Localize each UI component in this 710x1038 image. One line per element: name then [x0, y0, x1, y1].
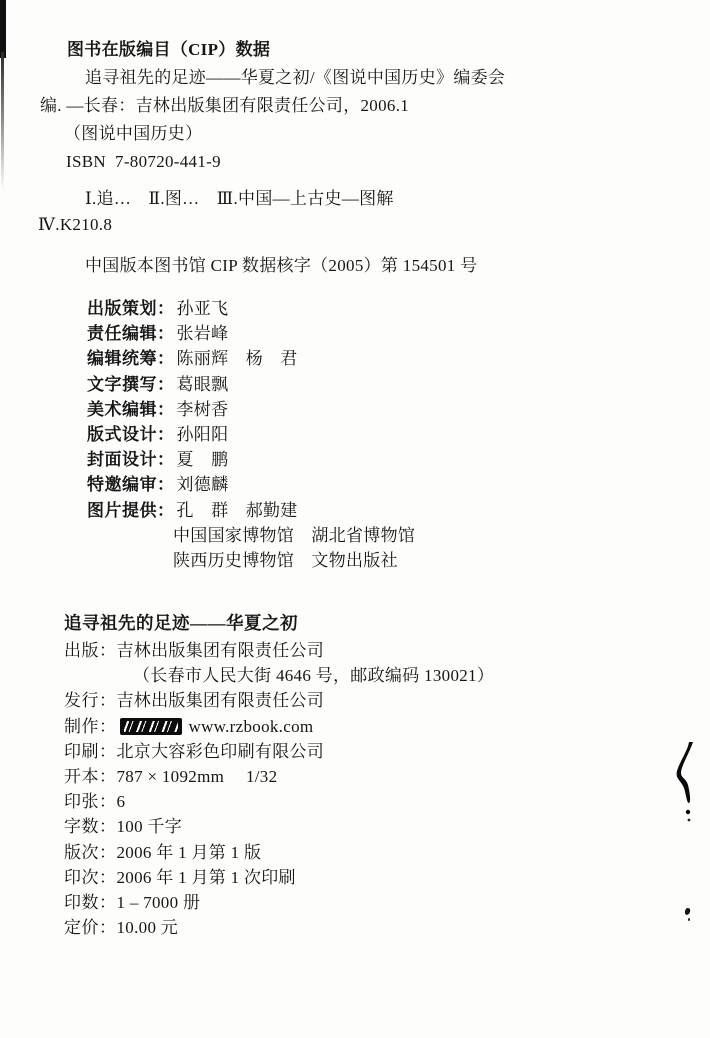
scan-edge-line-artifact — [1, 52, 4, 190]
credit-label: 特邀编审： — [87, 475, 175, 494]
colophon-value: 6 — [117, 792, 126, 811]
colophon-value: 10.00 元 — [117, 918, 179, 937]
isbn-line: ISBN 7-80720-441-9 — [38, 148, 658, 176]
credit-label: 责任编辑： — [87, 324, 175, 343]
credit-extra-line: 陕西历史博物馆 文物出版社 — [87, 548, 647, 573]
colophon-row-production: 制作：www.rzbook.com — [64, 714, 664, 739]
credit-label: 美术编辑： — [87, 400, 175, 419]
colophon-block: 追寻祖先的足迹——华夏之初 出版：吉林出版集团有限责任公司 （长春市人民大街 4… — [64, 610, 664, 940]
cip-title-line: 追寻祖先的足迹——华夏之初/《图说中国历史》编委会 — [38, 64, 658, 92]
colophon-row-price: 定价：10.00 元 — [64, 915, 664, 940]
credit-row-editorial-coordinator: 编辑统筹：陈丽辉 杨 君 — [87, 346, 647, 371]
credit-value: 孙亚飞 — [177, 299, 229, 318]
colophon-label: 定价： — [64, 918, 117, 937]
cip-registry-line: 中国版本图书馆 CIP 数据核字（2005）第 154501 号 — [38, 252, 658, 280]
colophon-row-sheets: 印张：6 — [64, 789, 664, 814]
cip-classification-number: Ⅳ.K210.8 — [38, 212, 658, 238]
credit-label: 图片提供： — [87, 501, 175, 520]
credit-row-layout-designer: 版式设计：孙阳阳 — [87, 422, 647, 447]
colophon-value: 吉林出版集团有限责任公司 — [117, 691, 325, 710]
colophon-label: 印张： — [64, 792, 117, 811]
credit-value: 张岩峰 — [177, 324, 229, 343]
credit-label: 编辑统筹： — [87, 349, 175, 368]
credit-row-image-providers: 图片提供：孔 群 郝勤建 — [87, 498, 647, 523]
rzbook-logo-icon — [120, 718, 182, 735]
colophon-row-edition: 版次：2006 年 1 月第 1 版 — [64, 840, 664, 865]
credit-value: 李树香 — [177, 400, 229, 419]
colophon-row-impression: 印次：2006 年 1 月第 1 次印刷 — [64, 865, 664, 890]
credit-value: 陈丽辉 杨 君 — [177, 349, 298, 368]
credit-row-text-writer: 文字撰写：葛眼飘 — [87, 372, 647, 397]
credit-row-cover-designer: 封面设计：夏 鹏 — [87, 447, 647, 472]
cip-imprint-line: 编. —长春：吉林出版集团有限责任公司，2006.1 — [38, 92, 658, 120]
credit-label: 文字撰写： — [87, 375, 175, 394]
credit-extra-line: 中国国家博物馆 湖北省博物馆 — [87, 523, 647, 548]
colophon-label: 发行： — [64, 691, 117, 710]
colophon-label: 开本： — [64, 767, 117, 786]
scan-edge-artifact — [0, 0, 6, 58]
book-copyright-page: 图书在版编目（CIP）数据 追寻祖先的足迹——华夏之初/《图说中国历史》编委会 … — [0, 0, 710, 1038]
credit-value: 刘德麟 — [177, 475, 229, 494]
scan-dot-artifact — [688, 918, 690, 921]
cip-classification-line: Ⅰ.追… Ⅱ.图… Ⅲ.中国—上古史—图解 — [38, 186, 658, 212]
credit-row-invited-reviewer: 特邀编审：刘德麟 — [87, 472, 647, 497]
credit-label: 封面设计： — [87, 450, 175, 469]
colophon-label: 出版： — [64, 641, 117, 660]
credits-block: 出版策划：孙亚飞 责任编辑：张岩峰 编辑统筹：陈丽辉 杨 君 文字撰写：葛眼飘 … — [87, 296, 647, 573]
colophon-value: 787 × 1092mm 1/32 — [117, 767, 278, 786]
production-url: www.rzbook.com — [189, 717, 314, 736]
colophon-label: 印次： — [64, 868, 117, 887]
colophon-row-distributor: 发行：吉林出版集团有限责任公司 — [64, 688, 664, 713]
colophon-label: 版次： — [64, 843, 117, 862]
credit-label: 版式设计： — [87, 425, 175, 444]
colophon-row-print-run: 印数：1 – 7000 册 — [64, 890, 664, 915]
credit-value: 夏 鹏 — [177, 450, 229, 469]
colophon-row-word-count: 字数：100 千字 — [64, 814, 664, 839]
colophon-value: 100 千字 — [117, 817, 183, 836]
colophon-row-printer: 印刷：北京大容彩色印刷有限公司 — [64, 739, 664, 764]
book-title: 追寻祖先的足迹——华夏之初 — [64, 610, 664, 637]
colophon-label: 制作： — [64, 717, 117, 736]
colophon-label: 字数： — [64, 817, 117, 836]
cip-data-block: 图书在版编目（CIP）数据 追寻祖先的足迹——华夏之初/《图说中国历史》编委会 … — [38, 36, 658, 280]
cip-header: 图书在版编目（CIP）数据 — [38, 36, 658, 64]
colophon-value: 2006 年 1 月第 1 次印刷 — [117, 868, 296, 887]
colophon-value: 2006 年 1 月第 1 版 — [117, 843, 262, 862]
colophon-value: 1 – 7000 册 — [117, 893, 201, 912]
credit-value: 孙阳阳 — [177, 425, 229, 444]
scan-dot-artifact — [684, 908, 690, 916]
scan-ink-blob-artifact — [672, 742, 698, 842]
cip-series-line: （图说中国历史） — [38, 120, 658, 148]
colophon-value: 北京大容彩色印刷有限公司 — [117, 742, 325, 761]
colophon-label: 印刷： — [64, 742, 117, 761]
credit-row-responsible-editor: 责任编辑：张岩峰 — [87, 321, 647, 346]
credit-label: 出版策划： — [87, 299, 175, 318]
colophon-label: 印数： — [64, 893, 117, 912]
colophon-row-publisher: 出版：吉林出版集团有限责任公司 — [64, 638, 664, 663]
credit-value: 孔 群 郝勤建 — [177, 501, 298, 520]
credit-value: 葛眼飘 — [177, 375, 229, 394]
colophon-row-format: 开本：787 × 1092mm 1/32 — [64, 764, 664, 789]
colophon-value: 吉林出版集团有限责任公司 — [117, 641, 325, 660]
credit-row-publishing-planner: 出版策划：孙亚飞 — [87, 296, 647, 321]
publisher-address-line: （长春市人民大街 4646 号，邮政编码 130021） — [64, 663, 664, 688]
credit-row-art-editor: 美术编辑：李树香 — [87, 397, 647, 422]
